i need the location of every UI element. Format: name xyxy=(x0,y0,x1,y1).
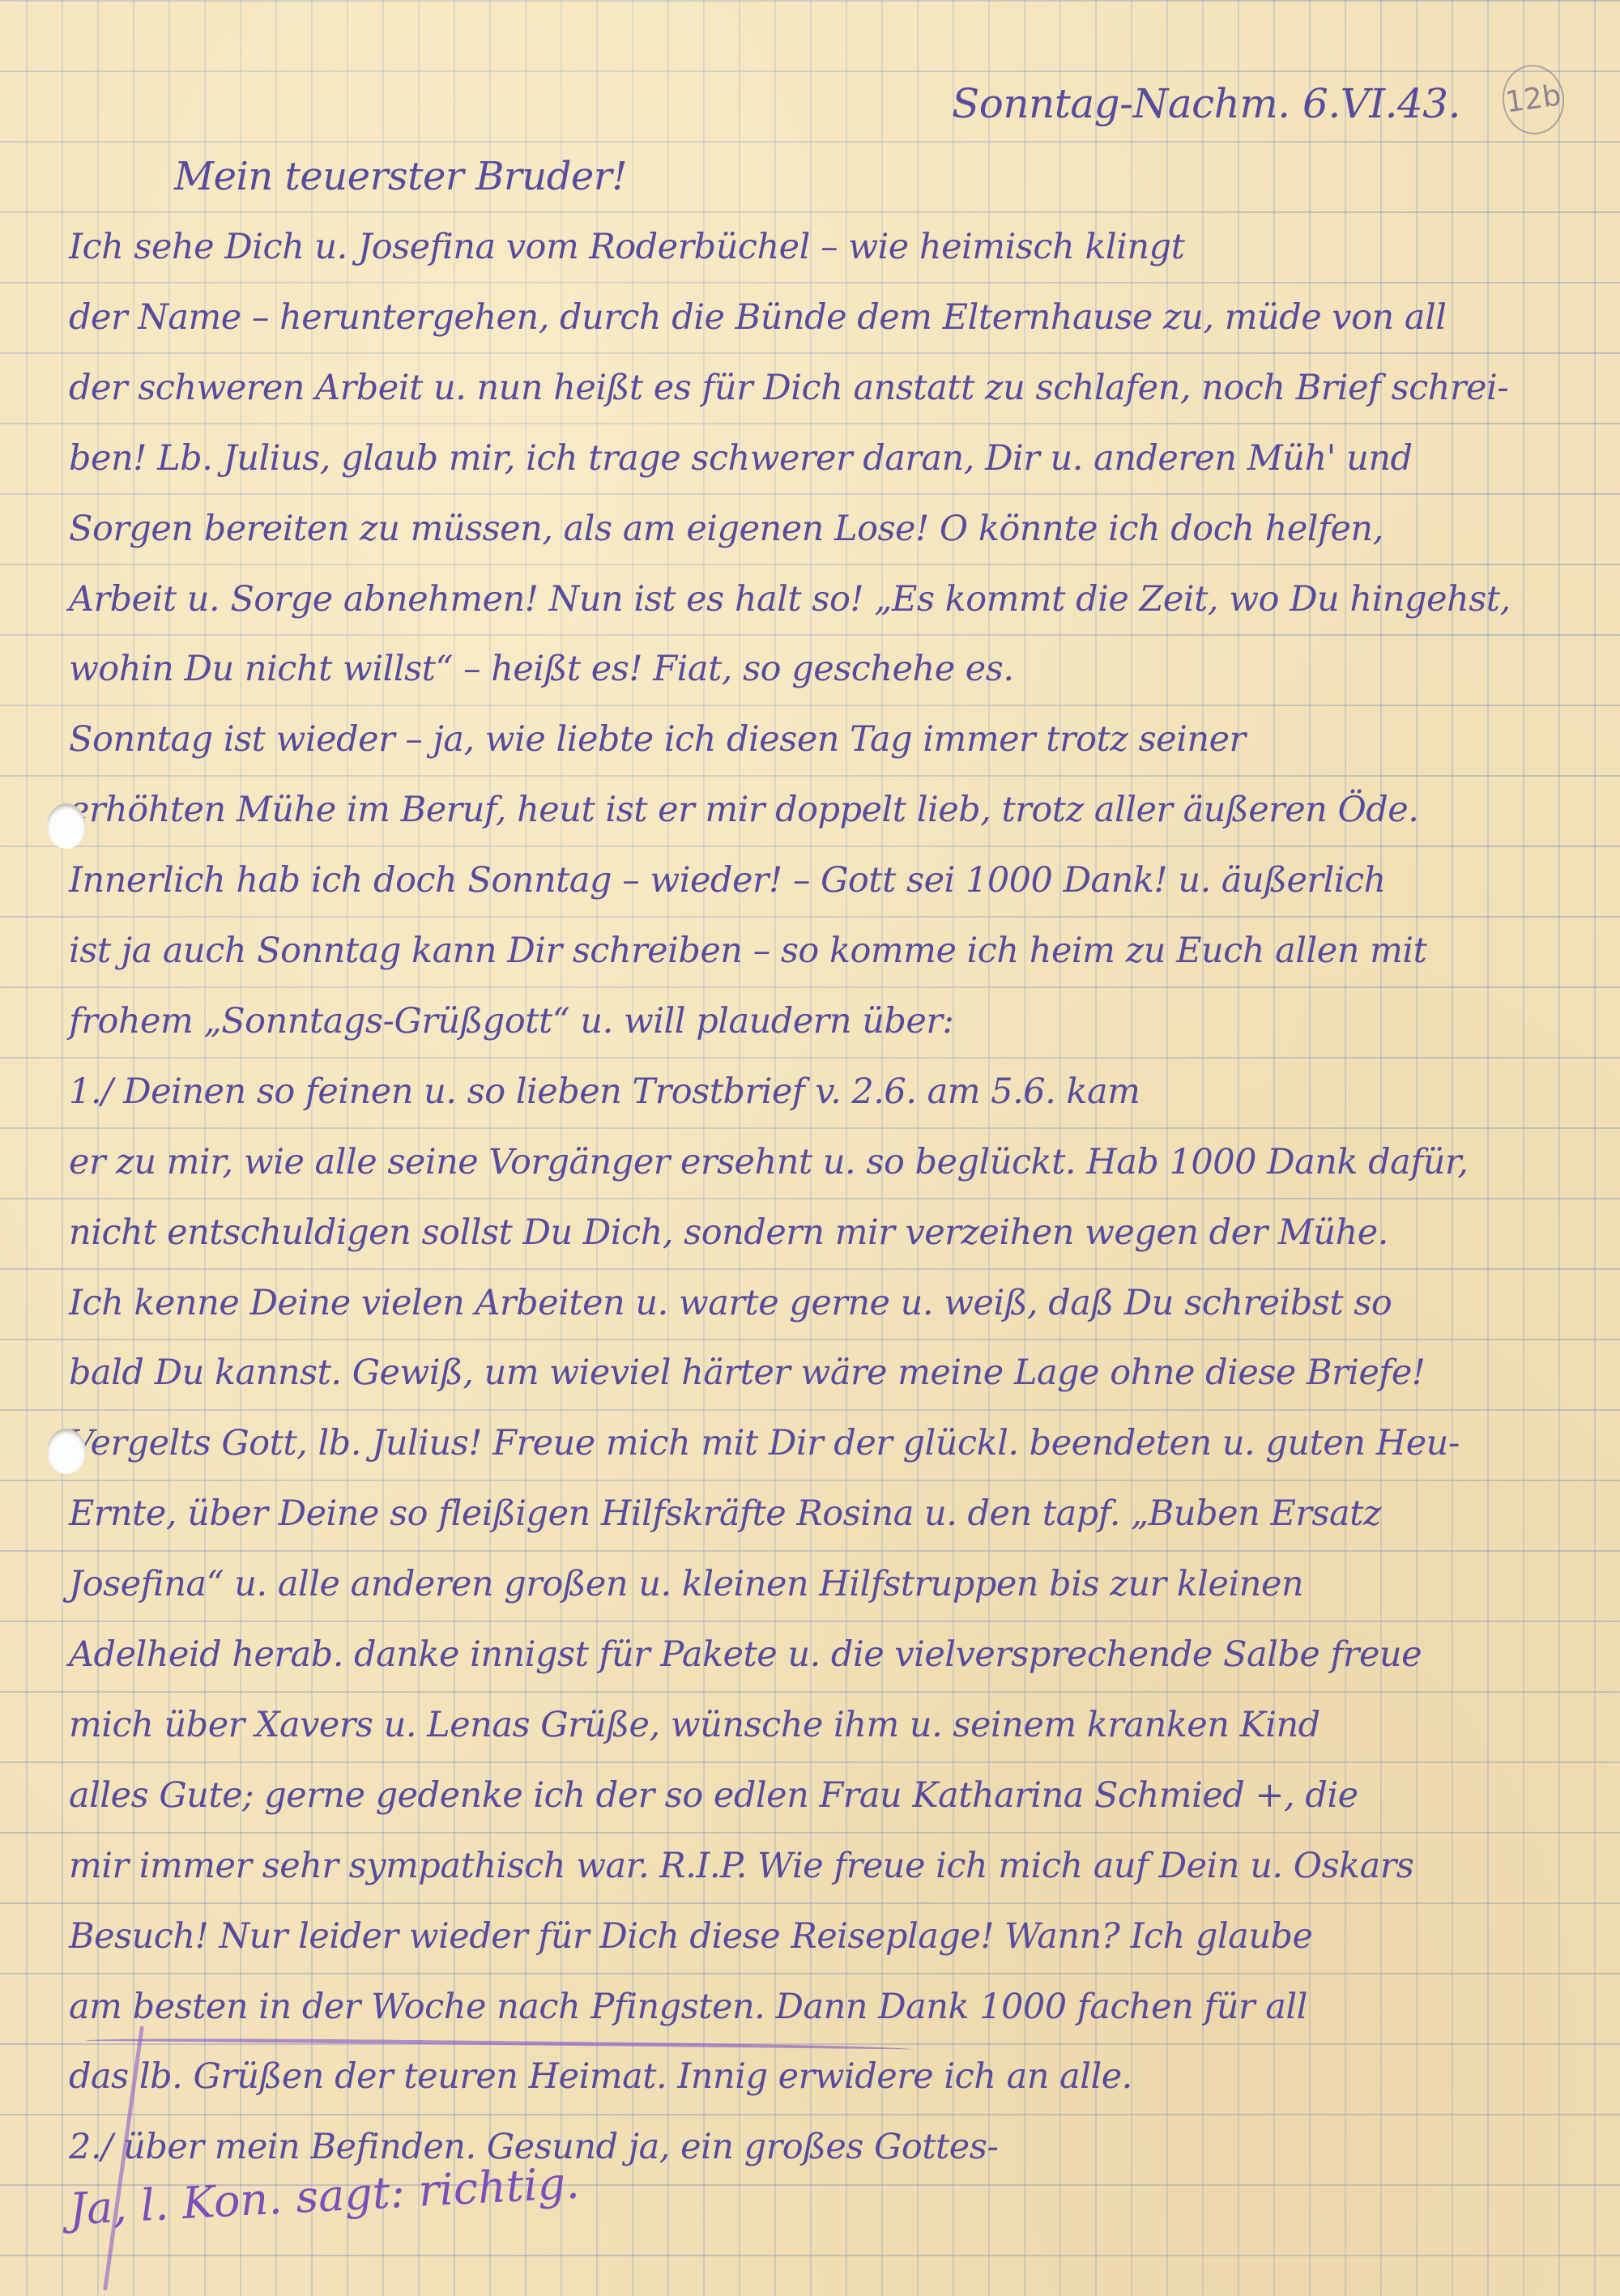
archive-number-circle: 12b xyxy=(1498,61,1568,138)
letter-page: Sonntag-Nachm. 6.VI.43. 12b Mein teuerst… xyxy=(0,0,1620,2296)
letter-line: erhöhten Mühe im Beruf, heut ist er mir … xyxy=(69,775,1418,846)
letter-line: Josefina“ u. alle anderen großen u. klei… xyxy=(69,1549,1303,1620)
letter-date: Sonntag-Nachm. 6.VI.43. xyxy=(952,69,1460,139)
letter-line: Ich kenne Deine vielen Arbeiten u. warte… xyxy=(69,1268,1392,1339)
punch-hole-top xyxy=(47,803,86,849)
punch-hole-bottom xyxy=(47,1429,86,1474)
letter-line: nicht entschuldigen sollst Du Dich, sond… xyxy=(69,1198,1388,1268)
letter-line: Besuch! Nur leider wieder für Dich diese… xyxy=(69,1902,1312,1972)
letter-line: Vergelts Gott, lb. Julius! Freue mich mi… xyxy=(69,1408,1460,1479)
letter-line: das lb. Grüßen der teuren Heimat. Innig … xyxy=(69,2042,1132,2112)
letter-line: 1./ Deinen so feinen u. so lieben Trostb… xyxy=(69,1057,1140,1127)
letter-line: Arbeit u. Sorge abnehmen! Nun ist es hal… xyxy=(69,564,1511,635)
letter-line: Ich sehe Dich u. Josefina vom Roderbüche… xyxy=(69,212,1184,283)
letter-line: er zu mir, wie alle seine Vorgänger erse… xyxy=(69,1127,1468,1198)
letter-line: frohem „Sonntags-Grüßgott“ u. will plaud… xyxy=(69,986,953,1057)
letter-line: mir immer sehr sympathisch war. R.I.P. W… xyxy=(69,1831,1413,1902)
letter-line: mich über Xavers u. Lenas Grüße, wünsche… xyxy=(69,1690,1320,1761)
letter-line: Innerlich hab ich doch Sonntag – wieder!… xyxy=(69,846,1386,916)
letter-line: wohin Du nicht willst“ – heißt es! Fiat,… xyxy=(69,634,1014,705)
letter-line: Adelheid herab. danke innigst für Pakete… xyxy=(69,1620,1422,1690)
letter-line: Sonntag ist wieder – ja, wie liebte ich … xyxy=(69,705,1246,775)
letter-line: ist ja auch Sonntag kann Dir schreiben –… xyxy=(69,916,1426,986)
letter-line: am besten in der Woche nach Pfingsten. D… xyxy=(69,1972,1307,2043)
letter-line: ben! Lb. Julius, glaub mir, ich trage sc… xyxy=(69,424,1413,494)
letter-salutation: Mein teuerster Bruder! xyxy=(174,142,627,212)
letter-line: Sorgen bereiten zu müssen, als am eigene… xyxy=(69,494,1383,564)
letter-line: der schweren Arbeit u. nun heißt es für … xyxy=(69,353,1508,424)
letter-line: Ernte, über Deine so fleißigen Hilfskräf… xyxy=(69,1479,1381,1549)
letter-line: bald Du kannst. Gewiß, um wieviel härter… xyxy=(69,1338,1426,1408)
letter-line: der Name – heruntergehen, durch die Bünd… xyxy=(69,283,1447,353)
letter-line: alles Gute; gerne gedenke ich der so edl… xyxy=(69,1761,1358,1831)
